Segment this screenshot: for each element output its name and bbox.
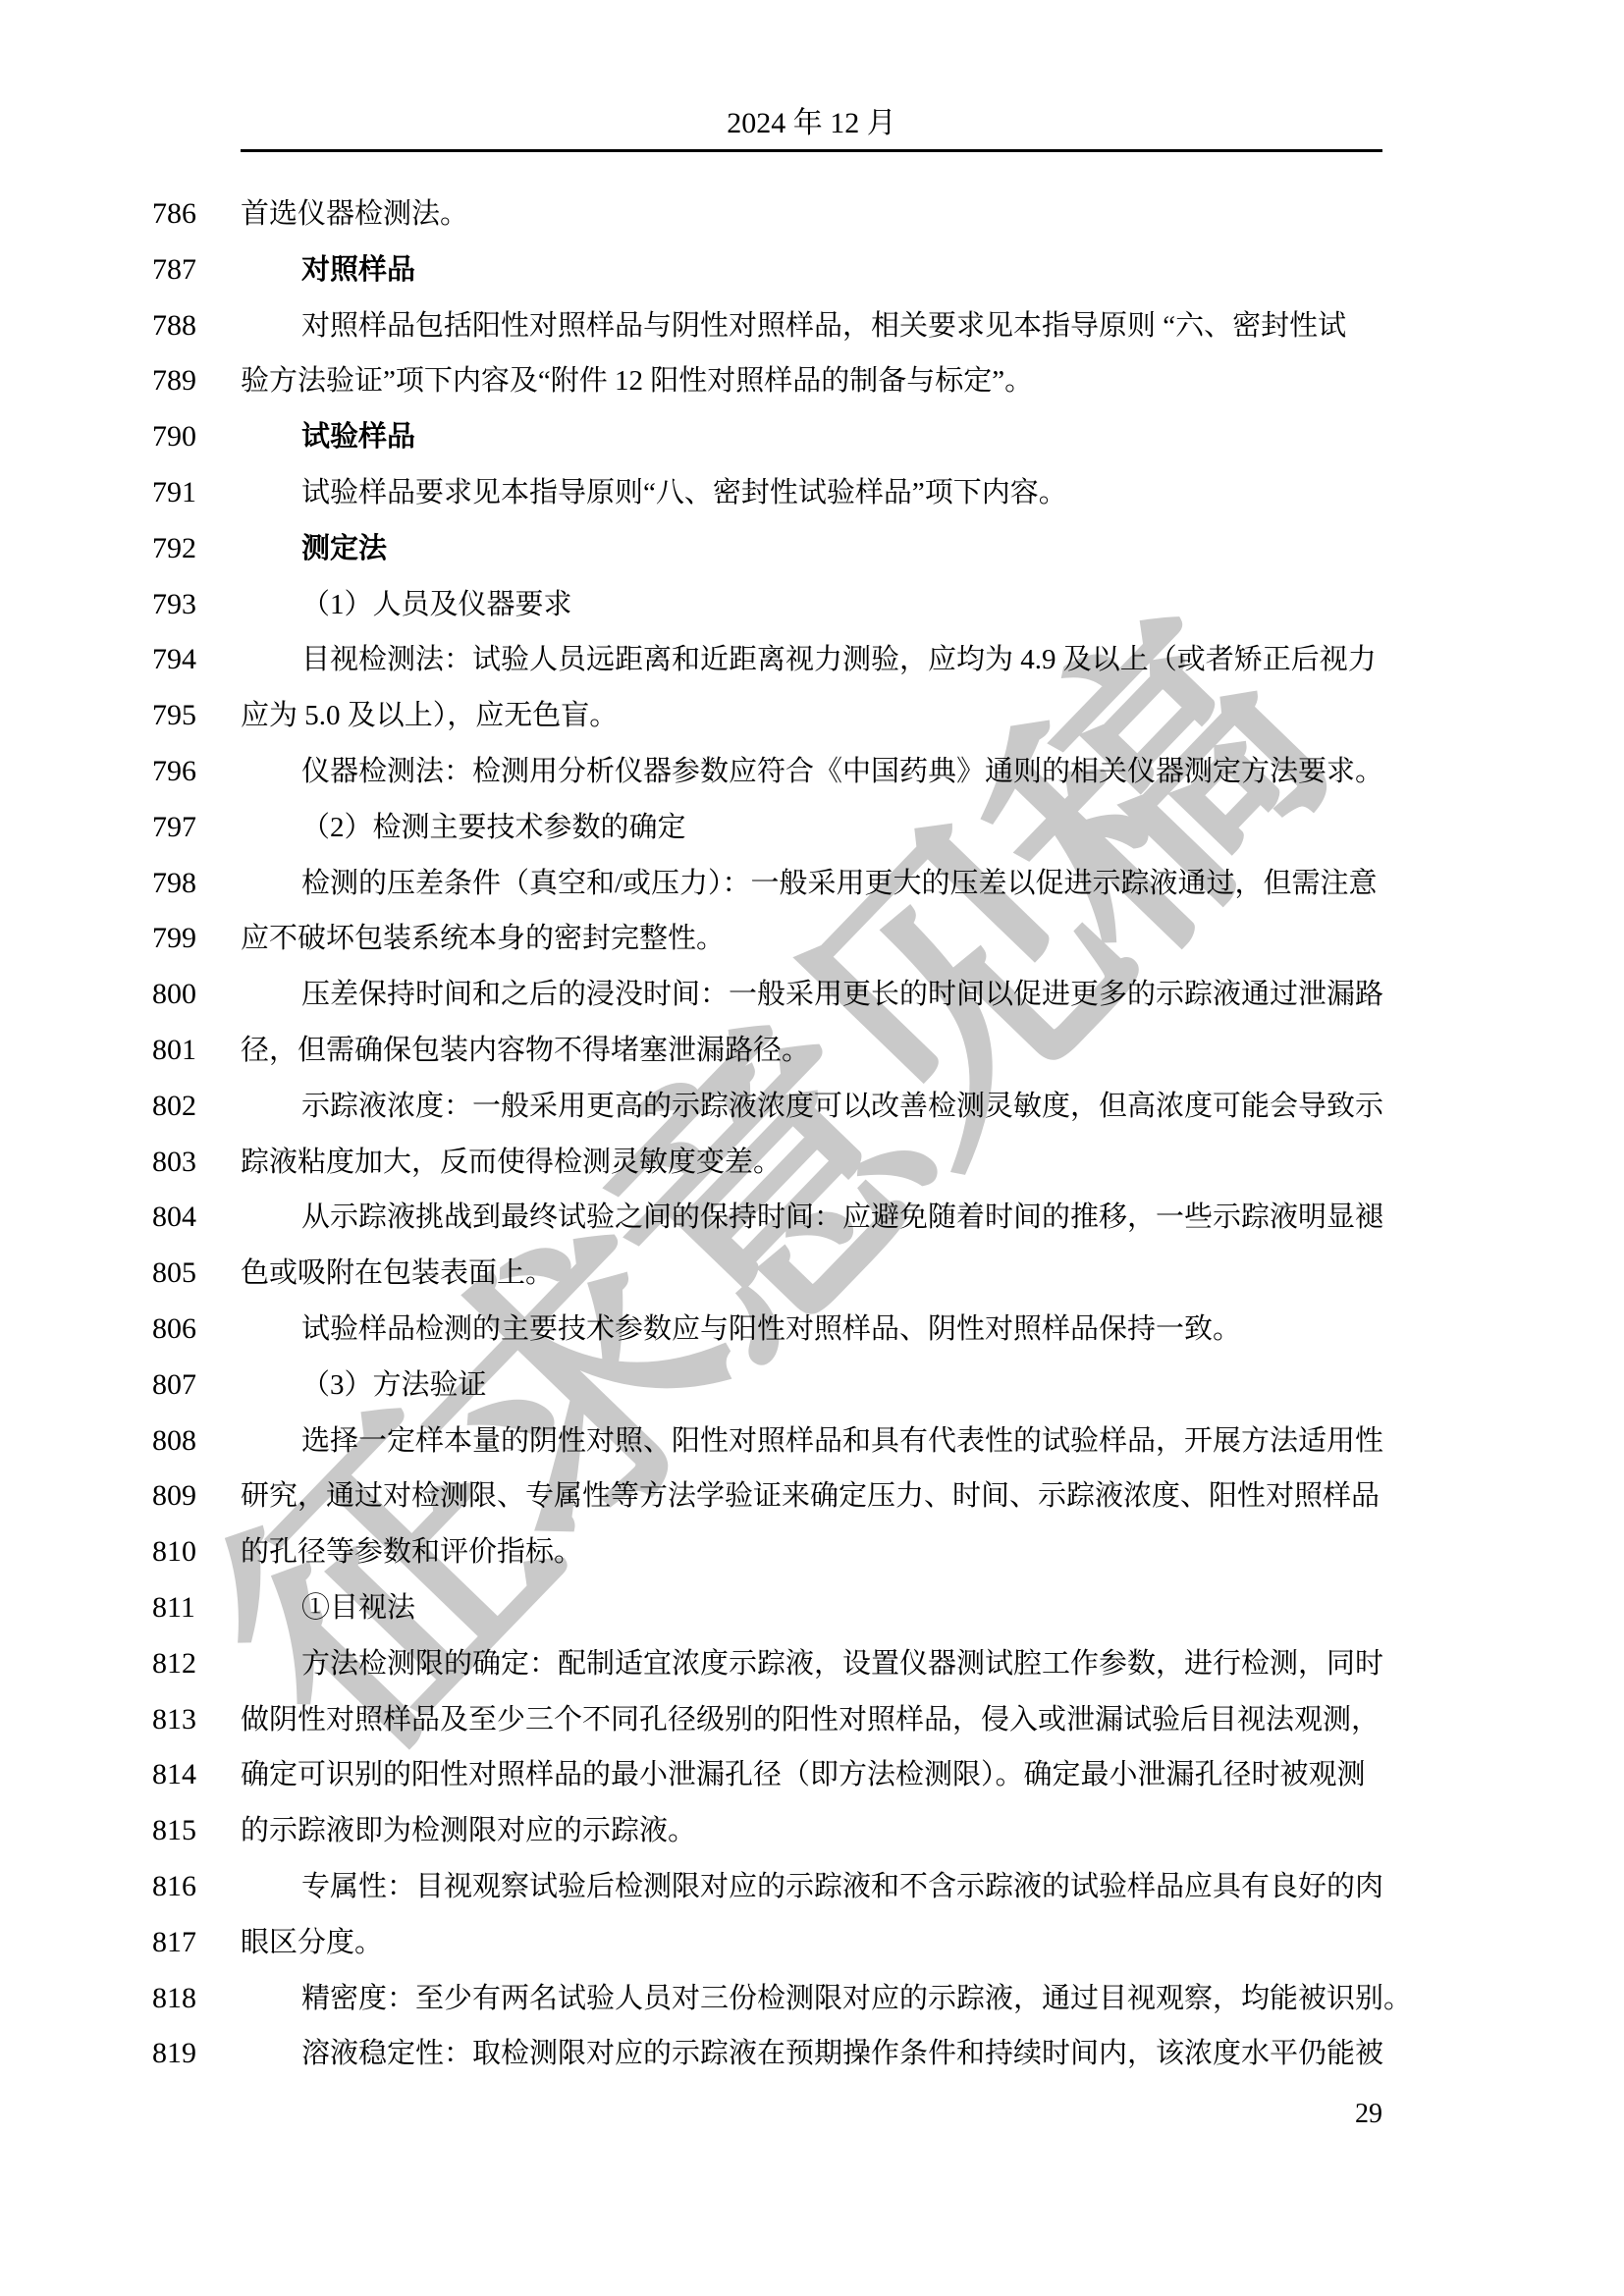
document-line: 804从示踪液挑战到最终试验之间的保持时间：应避免随着时间的推移，一些示踪液明显… (0, 1190, 1624, 1246)
document-line: 797（2）检测主要技术参数的确定 (0, 800, 1624, 856)
line-text: 选择一定样本量的阴性对照、阳性对照样品和具有代表性的试验样品，开展方法适用性 (301, 1414, 1383, 1469)
document-page: 征求意见稿 2024 年 12 月 786首选仪器检测法。787对照样品788对… (0, 0, 1624, 2296)
document-line: 789验方法验证”项下内容及“附件 12 阳性对照样品的制备与标定”。 (0, 353, 1624, 409)
line-text: 目视检测法：试验人员远距离和近距离视力测验，应均为 4.9 及以上（或者矫正后视… (301, 632, 1377, 688)
line-number: 808 (152, 1414, 196, 1469)
line-number: 814 (152, 1747, 196, 1803)
line-number: 806 (152, 1302, 196, 1358)
document-body: 786首选仪器检测法。787对照样品788对照样品包括阳性对照样品与阴性对照样品… (0, 187, 1624, 2082)
line-number: 787 (152, 242, 196, 298)
document-line: 818精密度：至少有两名试验人员对三份检测限对应的示踪液，通过目视观察，均能被识… (0, 1971, 1624, 2027)
line-text: ①目视法 (301, 1580, 415, 1636)
header-rule (241, 149, 1382, 152)
line-text: （1）人员及仪器要求 (301, 577, 572, 633)
line-number: 816 (152, 1859, 196, 1915)
line-number: 810 (152, 1524, 196, 1580)
document-line: 795应为 5.0 及以上），应无色盲。 (0, 688, 1624, 744)
line-text: 试验样品要求见本指导原则“八、密封性试验样品”项下内容。 (301, 465, 1067, 521)
line-text: 检测的压差条件（真空和/或压力）：一般采用更大的压差以促进示踪液通过，但需注意 (301, 856, 1378, 912)
header-date: 2024 年 12 月 (241, 104, 1382, 143)
document-line: 814确定可识别的阳性对照样品的最小泄漏孔径（即方法检测限）。确定最小泄漏孔径时… (0, 1747, 1624, 1803)
line-number: 795 (152, 688, 196, 744)
heading-text: 试验样品 (301, 409, 415, 465)
line-number: 798 (152, 856, 196, 912)
document-line: 800压差保持时间和之后的浸没时间：一般采用更长的时间以促进更多的示踪液通过泄漏… (0, 967, 1624, 1023)
line-number: 797 (152, 800, 196, 856)
heading-text: 对照样品 (301, 242, 415, 298)
document-line: 813做阴性对照样品及至少三个不同孔径级别的阳性对照样品，侵入或泄漏试验后目视法… (0, 1692, 1624, 1748)
line-number: 788 (152, 298, 196, 354)
line-text: 压差保持时间和之后的浸没时间：一般采用更长的时间以促进更多的示踪液通过泄漏路 (301, 967, 1383, 1023)
line-number: 811 (152, 1580, 195, 1636)
line-number: 818 (152, 1971, 196, 2027)
line-number: 801 (152, 1023, 196, 1079)
line-number: 793 (152, 577, 196, 633)
line-number: 789 (152, 353, 196, 409)
document-line: 798检测的压差条件（真空和/或压力）：一般采用更大的压差以促进示踪液通过，但需… (0, 856, 1624, 912)
line-number: 803 (152, 1135, 196, 1191)
line-text: 溶液稳定性：取检测限对应的示踪液在预期操作条件和持续时间内，该浓度水平仍能被 (301, 2026, 1383, 2082)
line-text: 应为 5.0 及以上），应无色盲。 (241, 688, 618, 744)
document-line: 819溶液稳定性：取检测限对应的示踪液在预期操作条件和持续时间内，该浓度水平仍能… (0, 2026, 1624, 2082)
line-number: 800 (152, 967, 196, 1023)
line-text: 做阴性对照样品及至少三个不同孔径级别的阳性对照样品，侵入或泄漏试验后目视法观测， (241, 1692, 1380, 1748)
line-number: 790 (152, 409, 196, 465)
line-number: 805 (152, 1246, 196, 1302)
line-number: 802 (152, 1079, 196, 1135)
line-text: 应不破坏包装系统本身的密封完整性。 (241, 911, 725, 967)
line-text: 的示踪液即为检测限对应的示踪液。 (241, 1803, 696, 1859)
document-line: 799应不破坏包装系统本身的密封完整性。 (0, 911, 1624, 967)
line-number: 794 (152, 632, 196, 688)
document-line: 807（3）方法验证 (0, 1358, 1624, 1414)
heading-text: 测定法 (301, 521, 387, 577)
line-text: 方法检测限的确定：配制适宜浓度示踪液，设置仪器测试腔工作参数，进行检测，同时 (301, 1636, 1383, 1692)
document-line: 790试验样品 (0, 409, 1624, 465)
document-line: 792测定法 (0, 521, 1624, 577)
line-text: 眼区分度。 (241, 1915, 383, 1971)
document-line: 803踪液粘度加大，反而使得检测灵敏度变差。 (0, 1135, 1624, 1191)
line-number: 819 (152, 2026, 196, 2082)
line-number: 792 (152, 521, 196, 577)
line-text: （2）检测主要技术参数的确定 (301, 800, 686, 856)
document-line: 787对照样品 (0, 242, 1624, 298)
document-line: 805色或吸附在包装表面上。 (0, 1246, 1624, 1302)
document-line: 793（1）人员及仪器要求 (0, 577, 1624, 633)
line-text: 精密度：至少有两名试验人员对三份检测限对应的示踪液，通过目视观察，均能被识别。 (301, 1971, 1412, 2027)
line-text: 踪液粘度加大，反而使得检测灵敏度变差。 (241, 1135, 782, 1191)
line-number: 817 (152, 1915, 196, 1971)
line-text: 试验样品检测的主要技术参数应与阳性对照样品、阴性对照样品保持一致。 (301, 1302, 1241, 1358)
document-line: 815的示踪液即为检测限对应的示踪液。 (0, 1803, 1624, 1859)
page-number: 29 (241, 2099, 1382, 2130)
document-line: 791试验样品要求见本指导原则“八、密封性试验样品”项下内容。 (0, 465, 1624, 521)
line-number: 804 (152, 1190, 196, 1246)
document-line: 812方法检测限的确定：配制适宜浓度示踪液，设置仪器测试腔工作参数，进行检测，同… (0, 1636, 1624, 1692)
line-text: 的孔径等参数和评价指标。 (241, 1524, 582, 1580)
document-line: 808选择一定样本量的阴性对照、阳性对照样品和具有代表性的试验样品，开展方法适用… (0, 1414, 1624, 1469)
line-text: 径，但需确保包装内容物不得堵塞泄漏路径。 (241, 1023, 810, 1079)
line-number: 809 (152, 1468, 196, 1524)
document-line: 816专属性：目视观察试验后检测限对应的示踪液和不含示踪液的试验样品应具有良好的… (0, 1859, 1624, 1915)
document-line: 796仪器检测法：检测用分析仪器参数应符合《中国药典》通则的相关仪器测定方法要求… (0, 744, 1624, 800)
line-number: 813 (152, 1692, 196, 1748)
line-number: 796 (152, 744, 196, 800)
line-text: 对照样品包括阳性对照样品与阴性对照样品，相关要求见本指导原则 “六、密封性试 (301, 298, 1346, 354)
document-line: 794目视检测法：试验人员远距离和近距离视力测验，应均为 4.9 及以上（或者矫… (0, 632, 1624, 688)
document-line: 809研究，通过对检测限、专属性等方法学验证来确定压力、时间、示踪液浓度、阳性对… (0, 1468, 1624, 1524)
document-line: 817眼区分度。 (0, 1915, 1624, 1971)
line-text: 从示踪液挑战到最终试验之间的保持时间：应避免随着时间的推移，一些示踪液明显褪 (301, 1190, 1383, 1246)
line-number: 791 (152, 465, 196, 521)
document-line: 806试验样品检测的主要技术参数应与阳性对照样品、阴性对照样品保持一致。 (0, 1302, 1624, 1358)
line-number: 807 (152, 1358, 196, 1414)
line-text: 首选仪器检测法。 (241, 187, 468, 242)
document-line: 801径，但需确保包装内容物不得堵塞泄漏路径。 (0, 1023, 1624, 1079)
line-number: 786 (152, 187, 196, 242)
line-number: 812 (152, 1636, 196, 1692)
document-line: 788对照样品包括阳性对照样品与阴性对照样品，相关要求见本指导原则 “六、密封性… (0, 298, 1624, 354)
document-line: 811①目视法 (0, 1580, 1624, 1636)
line-text: 验方法验证”项下内容及“附件 12 阳性对照样品的制备与标定”。 (241, 353, 1033, 409)
line-text: 仪器检测法：检测用分析仪器参数应符合《中国药典》通则的相关仪器测定方法要求。 (301, 744, 1383, 800)
document-line: 810的孔径等参数和评价指标。 (0, 1524, 1624, 1580)
line-text: 示踪液浓度：一般采用更高的示踪液浓度可以改善检测灵敏度，但高浓度可能会导致示 (301, 1079, 1383, 1135)
line-text: 研究，通过对检测限、专属性等方法学验证来确定压力、时间、示踪液浓度、阳性对照样品 (241, 1468, 1380, 1524)
document-line: 786首选仪器检测法。 (0, 187, 1624, 242)
line-text: （3）方法验证 (301, 1358, 487, 1414)
line-text: 专属性：目视观察试验后检测限对应的示踪液和不含示踪液的试验样品应具有良好的肉 (301, 1859, 1383, 1915)
line-number: 799 (152, 911, 196, 967)
line-number: 815 (152, 1803, 196, 1859)
line-text: 确定可识别的阳性对照样品的最小泄漏孔径（即方法检测限）。确定最小泄漏孔径时被观测 (241, 1747, 1366, 1803)
document-line: 802示踪液浓度：一般采用更高的示踪液浓度可以改善检测灵敏度，但高浓度可能会导致… (0, 1079, 1624, 1135)
line-text: 色或吸附在包装表面上。 (241, 1246, 554, 1302)
